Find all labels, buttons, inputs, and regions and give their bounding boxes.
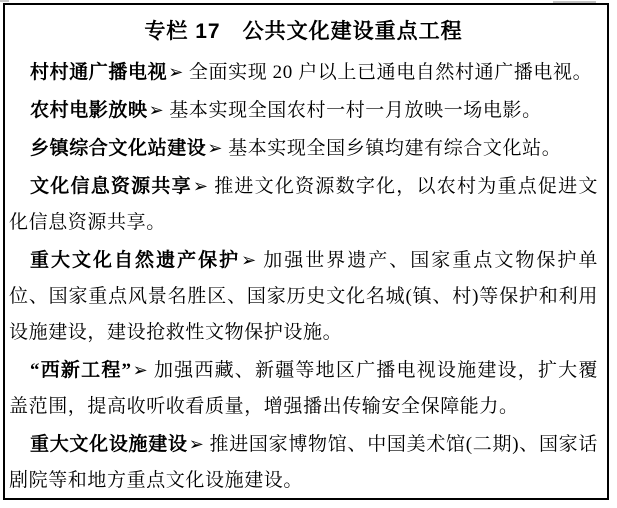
- project-item-culture-info-sharing: 文化信息资源共享➢推进文化资源数字化，以农村为重点促进文化信息资源共享。: [9, 169, 598, 241]
- panel-title: 专栏 17 公共文化建设重点工程: [9, 17, 598, 47]
- highlight-panel-box: 专栏 17 公共文化建设重点工程 村村通广播电视➢全面实现 20 户以上已通电自…: [3, 3, 609, 500]
- project-item-rural-film: 农村电影放映➢基本实现全国农村一村一月放映一场电影。: [9, 93, 598, 129]
- project-name: 重大文化设施建设: [30, 434, 188, 455]
- arrowhead-bullet-icon: ➢: [149, 93, 165, 129]
- project-item-township-culture-station: 乡镇综合文化站建设➢基本实现全国乡镇均建有综合文化站。: [9, 131, 598, 167]
- arrowhead-bullet-icon: ➢: [207, 131, 223, 167]
- screenshot-edge-artifact-left: [0, 0, 9, 2]
- arrowhead-bullet-icon: ➢: [133, 353, 149, 389]
- project-item-heritage-protection: 重大文化自然遗产保护➢加强世界遗产、国家重点文物保护单位、国家重点风景名胜区、国…: [9, 243, 598, 351]
- project-name: 乡镇综合文化站建设: [30, 138, 206, 159]
- project-name: 村村通广播电视: [30, 62, 167, 83]
- arrowhead-bullet-icon: ➢: [193, 169, 209, 205]
- arrowhead-bullet-icon: ➢: [168, 55, 184, 91]
- project-name: “西新工程”: [30, 360, 132, 381]
- arrowhead-bullet-icon: ➢: [241, 243, 257, 279]
- project-item-major-culture-facilities: 重大文化设施建设➢推进国家博物馆、中国美术馆(二期)、国家话剧院等和地方重点文化…: [9, 427, 598, 499]
- arrowhead-bullet-icon: ➢: [189, 427, 205, 463]
- project-item-village-broadcast: 村村通广播电视➢全面实现 20 户以上已通电自然村通广播电视。: [9, 55, 598, 91]
- project-name: 文化信息资源共享: [30, 176, 192, 197]
- project-description: 全面实现 20 户以上已通电自然村通广播电视。: [189, 62, 592, 83]
- project-name: 农村电影放映: [30, 100, 148, 121]
- project-item-xixin-project: “西新工程”➢加强西藏、新疆等地区广播电视设施建设，扩大覆盖范围，提高收听收看质…: [9, 353, 598, 425]
- project-description: 基本实现全国农村一村一月放映一场电影。: [169, 100, 541, 121]
- project-name: 重大文化自然遗产保护: [30, 250, 240, 271]
- project-description: 基本实现全国乡镇均建有综合文化站。: [228, 138, 561, 159]
